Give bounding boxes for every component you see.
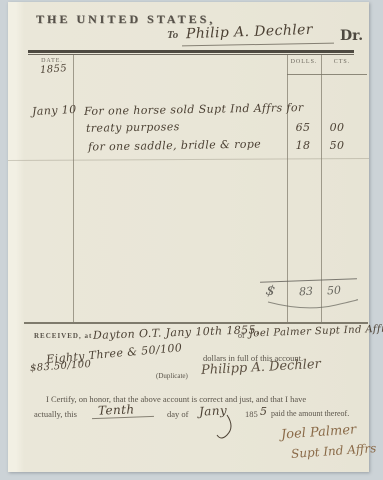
entry-dolls-2: 18: [288, 139, 318, 152]
certify-line2-prefix: actually, this: [34, 409, 77, 419]
entry-cts-1: 00: [322, 121, 352, 134]
table-bottom-rule: [24, 322, 368, 324]
document-title: THE UNITED STATES,: [36, 12, 215, 27]
to-label: To: [167, 29, 178, 41]
dolls-column-line: [287, 55, 288, 322]
entry-description-line2: treaty purposes: [86, 120, 180, 135]
dolls-column-header: DOLLS.: [288, 59, 320, 65]
cts-column-line: [321, 55, 322, 322]
entry-date: Jany 10: [32, 103, 77, 118]
certify-line1: I Certify, on honor, that the above acco…: [46, 394, 306, 404]
total-flourish: [266, 296, 358, 312]
day-of-label: day of: [167, 409, 188, 419]
entry-dolls-1: 65: [288, 121, 318, 134]
received-label: RECEIVED, at: [34, 332, 92, 340]
certify-year-digit: 5: [260, 405, 267, 418]
dr-label: Dr.: [340, 28, 363, 44]
header-rule-thin: [28, 54, 354, 55]
duplicate-label: (Duplicate): [156, 372, 188, 380]
certify-year-printed: 185: [245, 409, 258, 419]
cts-column-header: CTS.: [322, 59, 362, 65]
certify-line2-suffix: paid the amount thereof.: [271, 409, 349, 418]
certify-day-word: Tenth: [98, 402, 135, 417]
date-column-line: [73, 55, 74, 322]
header-rule-thick: [28, 50, 354, 53]
money-header-underline: [287, 74, 367, 75]
month-flourish: [213, 413, 243, 441]
year-handwritten: 1855: [40, 63, 68, 76]
received-of-label: of: [238, 331, 245, 340]
scanned-document: THE UNITED STATES, To Philip A. Dechler …: [0, 0, 383, 480]
entry-cts-2: 50: [322, 139, 352, 152]
